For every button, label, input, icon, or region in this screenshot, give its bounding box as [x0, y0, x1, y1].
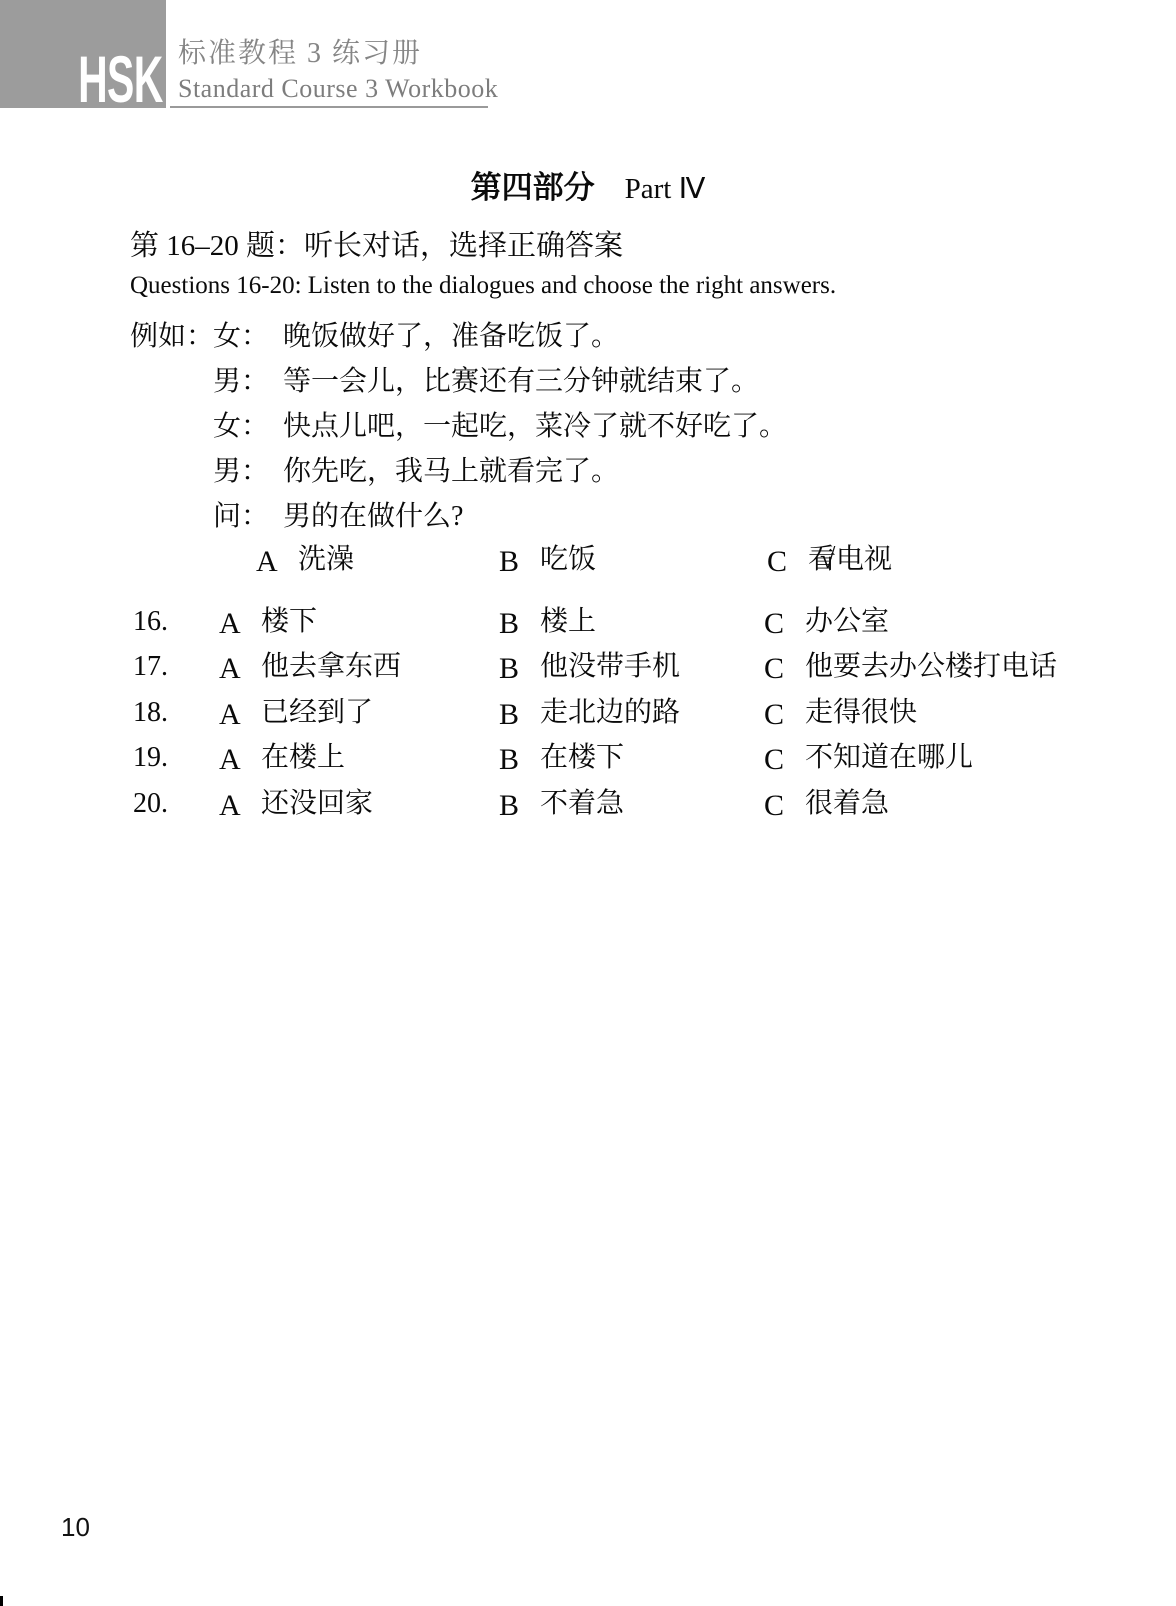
question-number: 20.: [133, 789, 168, 820]
option-letter: B: [499, 652, 519, 685]
option-text: 在楼下: [540, 743, 624, 774]
option-letter: A: [219, 698, 241, 731]
option-letter: A: [219, 652, 241, 685]
example-label: 例如：: [130, 322, 214, 353]
option-letter: A: [219, 607, 241, 640]
option-letter: A: [219, 743, 241, 776]
header-underline: [170, 106, 488, 108]
dialogue-speaker: 女：: [213, 411, 269, 442]
option-text: 走得很快: [805, 698, 917, 729]
option-letter: A: [219, 789, 241, 822]
section-title-english: Part Ⅳ: [625, 173, 706, 205]
option-text: 已经到了: [261, 698, 373, 729]
book-title-english: Standard Course 3 Workbook: [178, 76, 498, 102]
page-number: 10: [61, 1514, 90, 1540]
instructions-english: Questions 16-20: Listen to the dialogues…: [130, 272, 836, 300]
question-row-16: 16. A 楼下 B 楼上 C 办公室: [0, 607, 1176, 647]
dialogue-speaker: 问：: [213, 501, 269, 532]
dialogue-speaker: 男：: [213, 456, 269, 487]
book-title-chinese: 标准教程 3 练习册: [178, 40, 422, 68]
option-letter: C: [764, 698, 784, 731]
option-text: 他没带手机: [540, 652, 680, 683]
option-text: 在楼上: [261, 743, 345, 774]
dialogue-text: 男的在做什么?: [283, 501, 463, 532]
option-letter: C: [767, 545, 787, 578]
option-text: 很着急: [805, 789, 889, 820]
section-title-chinese: 第四部分: [471, 170, 595, 205]
option-letter: A: [256, 545, 278, 578]
question-number: 19.: [133, 743, 168, 774]
dialogue-line: 女：晚饭做好了，准备吃饭了。: [213, 322, 619, 353]
option-text: 还没回家: [261, 789, 373, 820]
question-row-17: 17. A 他去拿东西 B 他没带手机 C 他要去办公楼打电话: [0, 652, 1176, 692]
option-letter: C: [764, 652, 784, 685]
question-number: 17.: [133, 652, 168, 683]
question-row-19: 19. A 在楼上 B 在楼下 C 不知道在哪儿: [0, 743, 1176, 783]
question-number: 18.: [133, 698, 168, 729]
hsk-logo-block: HSK: [0, 0, 166, 108]
instructions-chinese: 第 16–20 题：听长对话，选择正确答案: [130, 231, 623, 263]
dialogue-speaker: 女：: [213, 321, 269, 352]
option-text: 楼上: [540, 607, 596, 638]
section-title: 第四部分 Part Ⅳ: [0, 172, 1176, 204]
option-letter: B: [499, 743, 519, 776]
dialogue-text: 快点儿吧，一起吃，菜冷了就不好吃了。: [283, 411, 787, 442]
dialogue-text: 你先吃，我马上就看完了。: [283, 456, 619, 487]
option-text: 楼下: [261, 607, 317, 638]
dialogue-speaker: 男：: [213, 366, 269, 397]
option-letter: C: [764, 743, 784, 776]
dialogue-line: 男：等一会儿，比赛还有三分钟就结束了。: [213, 367, 759, 398]
question-number: 16.: [133, 607, 168, 638]
question-row-18: 18. A 已经到了 B 走北边的路 C 走得很快: [0, 698, 1176, 738]
option-text: 洗澡: [298, 545, 354, 576]
scan-artifact-mark: [0, 1596, 3, 1606]
option-text: 不知道在哪儿: [805, 743, 973, 774]
option-text: 走北边的路: [540, 698, 680, 729]
option-text: 办公室: [805, 607, 889, 638]
dialogue-line: 男：你先吃，我马上就看完了。: [213, 457, 619, 488]
option-text: 他要去办公楼打电话: [805, 652, 1057, 683]
option-letter: B: [499, 789, 519, 822]
option-letter: B: [499, 607, 519, 640]
correct-checkmark: √: [820, 545, 835, 576]
option-letter: C: [764, 789, 784, 822]
option-letter: B: [499, 698, 519, 731]
dialogue-line: 女：快点儿吧，一起吃，菜冷了就不好吃了。: [213, 412, 787, 443]
question-row-20: 20. A 还没回家 B 不着急 C 很着急: [0, 789, 1176, 829]
option-text: 不着急: [540, 789, 624, 820]
example-options-row: A 洗澡 B 吃饭 C 看电视√: [0, 545, 1176, 585]
dialogue-text: 晚饭做好了，准备吃饭了。: [283, 321, 619, 352]
option-letter: B: [499, 545, 519, 578]
option-text: 他去拿东西: [261, 652, 401, 683]
dialogue-text: 等一会儿，比赛还有三分钟就结束了。: [283, 366, 759, 397]
hsk-logo: HSK: [78, 51, 166, 108]
option-letter: C: [764, 607, 784, 640]
dialogue-line: 问：男的在做什么?: [213, 502, 463, 533]
option-text: 吃饭: [540, 545, 596, 576]
